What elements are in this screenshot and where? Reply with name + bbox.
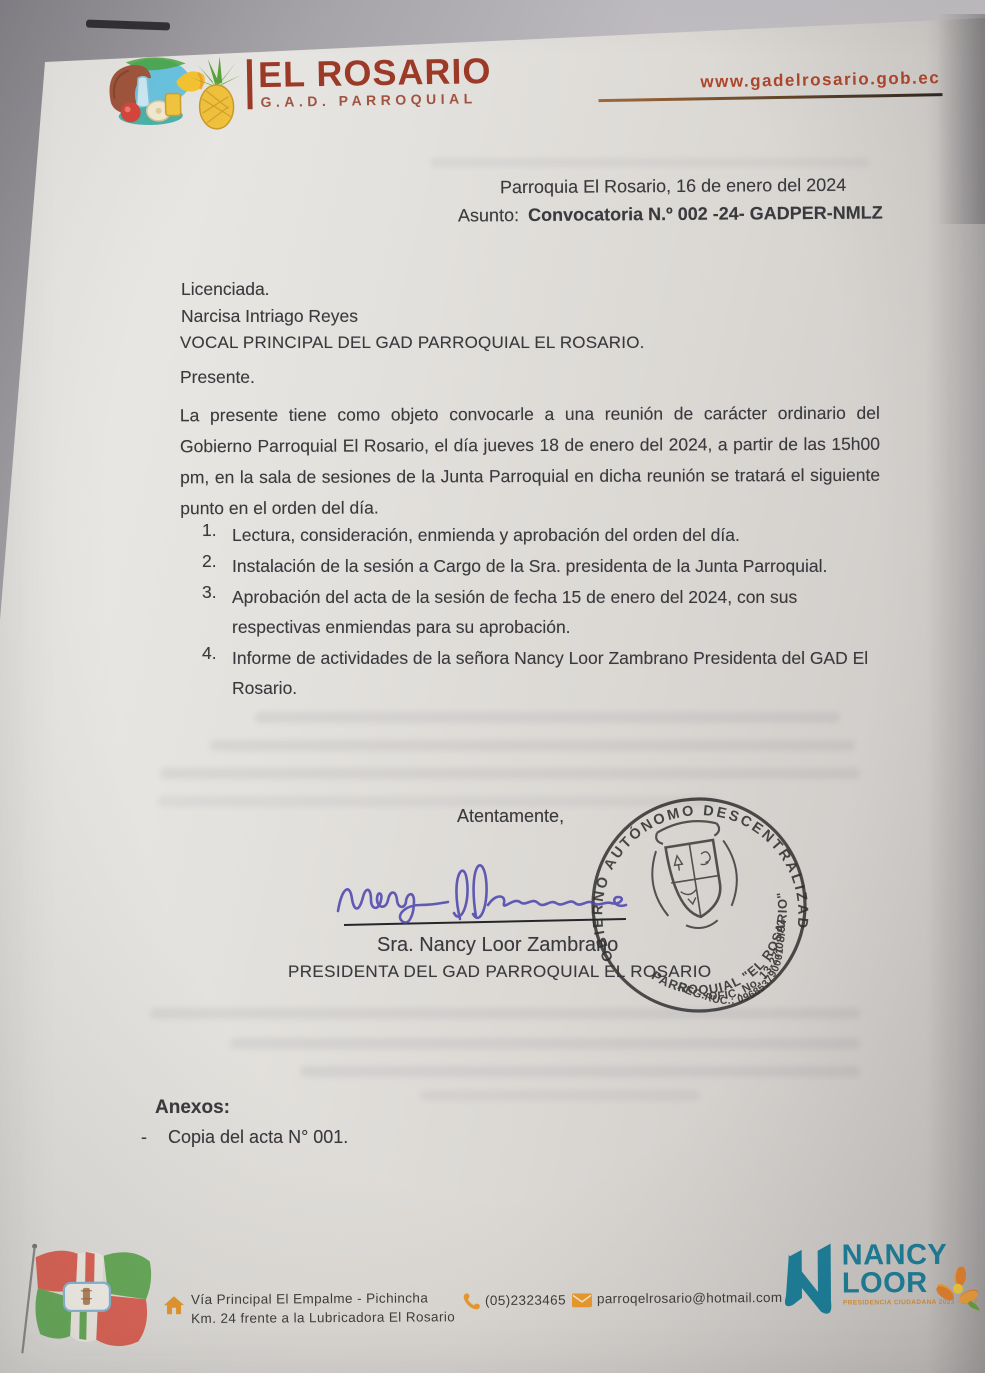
bleed-through-line bbox=[160, 768, 860, 779]
valediction: Atentamente, bbox=[457, 806, 564, 827]
website-url: www.gadelrosario.gob.ec bbox=[650, 68, 940, 93]
recipient-salutation: Licenciada. bbox=[181, 279, 270, 300]
bleed-through-line bbox=[210, 740, 855, 751]
home-icon bbox=[163, 1294, 185, 1315]
agenda-text: Instalación de la sesión a Cargo de la S… bbox=[232, 551, 892, 581]
header-rule bbox=[599, 93, 943, 102]
agenda-number: 2. bbox=[202, 551, 217, 572]
annex-dash: - bbox=[141, 1127, 147, 1148]
brand-n-glyph bbox=[780, 1236, 839, 1320]
subject-value: Convocatoria N.º 002 -24- GADPER-NMLZ bbox=[528, 203, 883, 225]
agenda-number: 4. bbox=[202, 643, 217, 664]
flower-icon bbox=[934, 1267, 982, 1313]
annex-label: Anexos: bbox=[155, 1097, 230, 1119]
subject-line: Asunto: Convocatoria N.º 002 -24- GADPER… bbox=[458, 203, 883, 227]
parish-flag bbox=[12, 1240, 163, 1359]
bleed-through-line bbox=[230, 1038, 860, 1049]
bleed-through-line bbox=[150, 1008, 860, 1019]
address-line2: Km. 24 frente a la Lubricadora El Rosari… bbox=[191, 1309, 455, 1326]
agenda-number: 1. bbox=[202, 520, 217, 541]
recipient-title: VOCAL PRINCIPAL DEL GAD PARROQUIAL EL RO… bbox=[180, 333, 645, 353]
logo-subtitle: G.A.D. PARROQUIAL bbox=[260, 90, 476, 110]
agenda-text: Lectura, consideración, enmienda y aprob… bbox=[232, 520, 882, 550]
phone-icon bbox=[462, 1291, 482, 1311]
recipient-name: Narcisa Intriago Reyes bbox=[181, 306, 358, 327]
footer: Vía Principal El Empalme - Pichincha Km.… bbox=[0, 1227, 985, 1373]
address-line1: Vía Principal El Empalme - Pichincha bbox=[191, 1290, 428, 1307]
email-icon bbox=[572, 1293, 592, 1307]
agenda-text: Informe de actividades de la señora Nanc… bbox=[232, 643, 884, 703]
agenda-text: Aprobación del acta de la sesión de fech… bbox=[232, 582, 840, 642]
subject-label: Asunto: bbox=[458, 205, 519, 225]
logo-title: EL ROSARIO bbox=[258, 50, 492, 96]
body-paragraph: La presente tiene como objeto convocarle… bbox=[180, 371, 881, 524]
annex-item: Copia del acta N° 001. bbox=[168, 1127, 348, 1148]
bleed-through-line bbox=[255, 712, 840, 723]
logo-divider bbox=[247, 59, 253, 109]
signer-title: PRESIDENTA DEL GAD PARROQUIAL EL ROSARIO bbox=[288, 962, 711, 982]
signature bbox=[330, 853, 640, 938]
brand-name-loor: LOOR bbox=[842, 1267, 928, 1301]
stamp-crest bbox=[644, 815, 744, 934]
bleed-through-line bbox=[430, 158, 870, 167]
letterhead: EL ROSARIO G.A.D. PARROQUIAL www.gadelro… bbox=[0, 0, 985, 149]
fruit-graphic bbox=[102, 50, 245, 136]
scanned-letter: EL ROSARIO G.A.D. PARROQUIAL www.gadelro… bbox=[0, 0, 985, 1373]
email-address: parroqelrosario@hotmail.com bbox=[597, 1290, 782, 1306]
phone-number: (05)2323465 bbox=[485, 1292, 566, 1308]
bleed-through-line bbox=[300, 1066, 860, 1077]
agenda-number: 3. bbox=[202, 582, 217, 603]
dateline: Parroquia El Rosario, 16 de enero del 20… bbox=[500, 175, 846, 198]
bleed-through-line bbox=[420, 1090, 700, 1101]
